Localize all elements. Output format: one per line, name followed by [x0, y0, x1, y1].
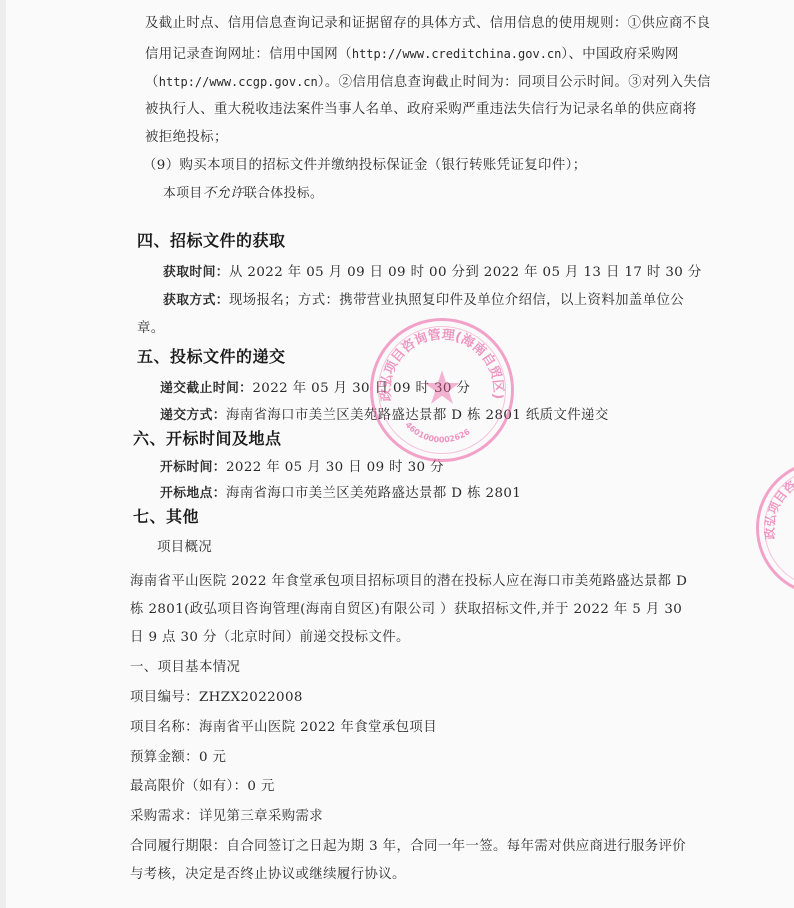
paragraph-line: 被拒绝投标；	[145, 129, 228, 147]
section-heading-6: 六、开标时间及地点	[133, 430, 282, 448]
document-page: 及截止时点、信用信息查询记录和证据留存的具体方式、信用信息的使用规则：①供应商不…	[0, 0, 794, 908]
section-heading-5: 五、投标文件的递交	[137, 348, 286, 366]
svg-text:政弘项目咨询管理(海南自贸区)有限公司: 政弘项目咨询管理(海南自贸区)有限公司	[759, 463, 794, 543]
seal-text: 政弘项目咨询管理(海南自贸区)有限公司	[759, 463, 794, 593]
overview-title: 项目概况	[157, 539, 212, 557]
url-ccgp: http://www.ccgp.gov.cn	[159, 75, 318, 89]
max-price: 最高限价（如有）：0 元	[130, 778, 275, 796]
section-heading-4: 四、招标文件的获取	[137, 232, 286, 250]
overview-paragraph: 海南省平山医院 2022 年食堂承包项目招标项目的潜在投标人应在海口市美苑路盛达…	[130, 573, 687, 591]
section-heading-7: 七、其他	[133, 508, 199, 526]
consortium-note: 本项目不允许联合体投标。	[163, 185, 323, 203]
submit-deadline: 递交截止时间：2022 年 05 月 30 日 09 时 30 分	[160, 380, 470, 398]
acquire-method-cont: 章。	[137, 320, 165, 338]
paragraph-line: 及截止时点、信用信息查询记录和证据留存的具体方式、信用信息的使用规则：①供应商不…	[145, 15, 710, 33]
url-creditchina: http://www.creditchina.gov.cn	[352, 47, 562, 61]
submit-method: 递交方式：海南省海口市美兰区美苑路盛达景都 D 栋 2801 纸质文件递交	[160, 407, 609, 425]
contract-term-cont: 与考核，决定是否终止协议或继续履行协议。	[130, 866, 406, 884]
paragraph-line: 被执行人、重大税收违法案件当事人名单、政府采购严重违法失信行为记录名单的供应商将	[145, 101, 697, 119]
procurement-requirement: 采购需求：详见第三章采购需求	[130, 808, 323, 826]
overview-paragraph: 栋 2801(政弘项目咨询管理(海南自贸区)有限公司 ）获取招标文件,并于 20…	[130, 601, 682, 619]
project-name: 项目名称：海南省平山医院 2022 年食堂承包项目	[130, 719, 437, 737]
basic-info-title: 一、项目基本情况	[130, 659, 240, 677]
overview-paragraph: 日 9 点 30 分（北京时间）前递交投标文件。	[130, 629, 410, 647]
acquire-method: 获取方式：现场报名；方式：携带营业执照复印件及单位介绍信，以上资料加盖单位公	[163, 292, 684, 310]
paragraph-line: （http://www.ccgp.gov.cn）。②信用信息查询截止时间为：同项…	[145, 73, 711, 92]
budget-amount: 预算金额：0 元	[130, 749, 226, 767]
scan-edge	[0, 0, 6, 908]
opening-place: 开标地点：海南省海口市美兰区美苑路盛达景都 D 栋 2801	[160, 485, 521, 503]
company-seal-stamp-partial: 政弘项目咨询管理(海南自贸区)有限公司	[756, 460, 794, 596]
contract-term: 合同履行期限：自合同签订之日起为期 3 年，合同一年一签。每年需对供应商进行服务…	[130, 838, 686, 856]
paragraph-line: 信用记录查询网址：信用中国网（http://www.creditchina.go…	[145, 45, 679, 64]
project-number: 项目编号：ZHZX2022008	[130, 689, 303, 707]
acquire-time: 获取时间：从 2022 年 05 月 09 日 09 时 00 分到 2022 …	[163, 264, 702, 282]
opening-time: 开标时间：2022 年 05 月 30 日 09 时 30 分	[160, 459, 444, 477]
item-9: （9）购买本项目的招标文件并缴纳投标保证金（银行转账凭证复印件）；	[143, 157, 587, 175]
